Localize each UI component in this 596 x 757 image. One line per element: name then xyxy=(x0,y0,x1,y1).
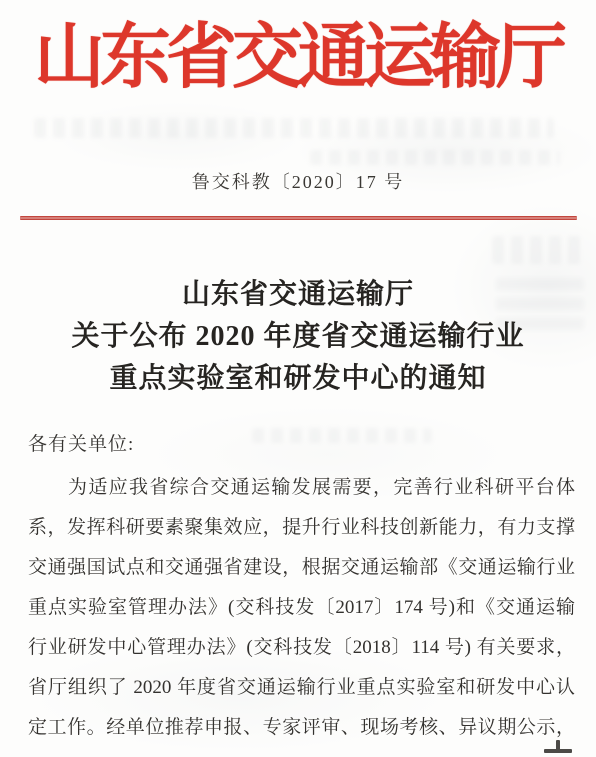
letterhead-divider-rule xyxy=(20,216,577,220)
bleed-through-artifact xyxy=(492,236,584,264)
body-line: 省厅组织了 2020 年度省交通运输行业重点实验室和研发中心认 xyxy=(28,668,575,708)
bleed-through-artifact xyxy=(252,428,432,443)
cutoff-next-line-glyph xyxy=(544,740,572,757)
body-line: 系，发挥科研要素聚集效应，提升行业科技创新能力，有力支撑 xyxy=(28,508,575,548)
bleed-through-artifact xyxy=(34,118,554,138)
document-title-line-1: 山东省交通运输厅 xyxy=(0,274,596,316)
bleed-through-artifact xyxy=(310,150,560,165)
body-line: 定工作。经单位推荐申报、专家评审、现场考核、异议期公示， xyxy=(28,708,575,748)
body-line: 行业研发中心管理办法》(交科技发〔2018〕114 号) 有关要求， xyxy=(28,628,575,668)
glyph-stroke xyxy=(544,749,572,753)
document-title-line-2: 关于公布 2020 年度省交通运输行业 xyxy=(0,316,596,358)
salutation: 各有关单位: xyxy=(28,432,134,458)
document-reference-number: 鲁交科教〔2020〕17 号 xyxy=(0,170,596,194)
scanned-official-document: 山东省交通运输厅 鲁交科教〔2020〕17 号 山东省交通运输厅 关于公布 20… xyxy=(0,0,596,757)
document-title: 山东省交通运输厅 关于公布 2020 年度省交通运输行业 重点实验室和研发中心的… xyxy=(0,274,596,400)
document-title-line-3: 重点实验室和研发中心的通知 xyxy=(0,358,596,400)
body-paragraph: 为适应我省综合交通运输发展需要，完善行业科研平台体 系，发挥科研要素聚集效应，提… xyxy=(28,468,575,748)
body-line: 交通强国试点和交通强省建设，根据交通运输部《交通运输行业 xyxy=(28,548,575,588)
body-line: 为适应我省综合交通运输发展需要，完善行业科研平台体 xyxy=(28,468,575,508)
letterhead-agency-name: 山东省交通运输厅 xyxy=(0,10,596,106)
body-line: 重点实验室管理办法》(交科技发〔2017〕174 号)和《交通运输 xyxy=(28,588,575,628)
